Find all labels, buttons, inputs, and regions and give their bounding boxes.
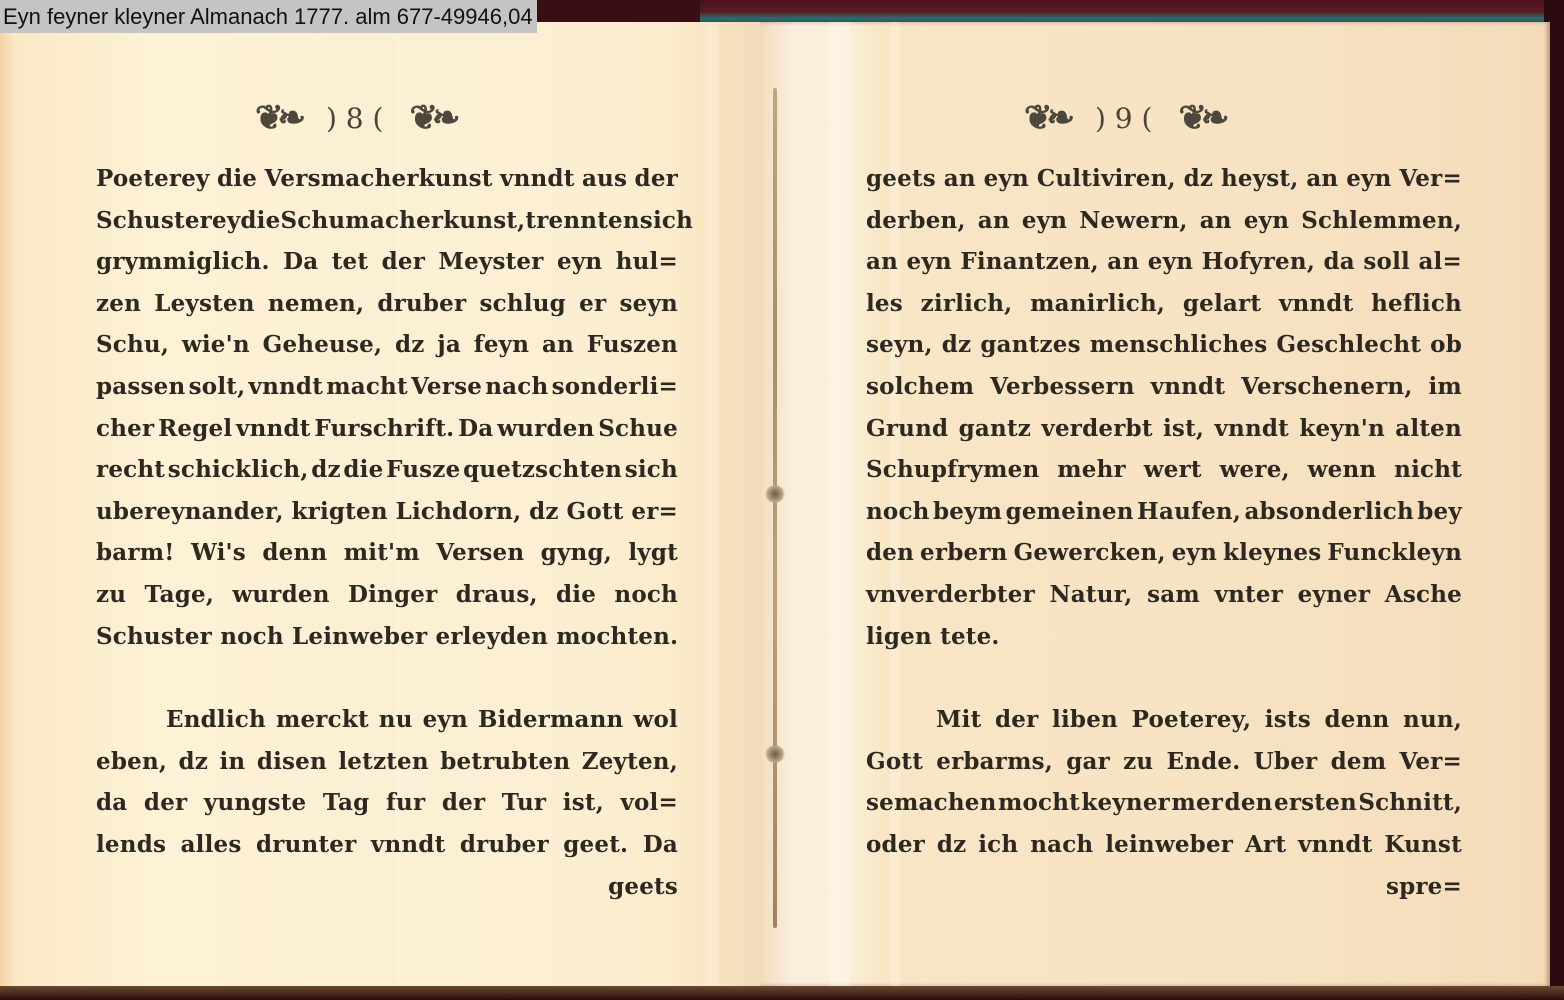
word: zirlich, — [921, 283, 1013, 325]
word: hul= — [616, 241, 678, 283]
word: mocht — [998, 782, 1080, 824]
word: Newern, — [1079, 200, 1187, 242]
word: heyst, — [1221, 158, 1299, 200]
word: wurden — [497, 408, 594, 450]
word: den — [866, 532, 914, 574]
word: were, — [1220, 449, 1290, 491]
word: Schue — [598, 408, 678, 450]
word: menschliches — [1090, 324, 1268, 366]
text-line: daderyungsteTagfurderTurist,vol= — [96, 782, 678, 824]
word: passen — [96, 366, 185, 408]
text-line: ligen tete. — [866, 616, 1462, 658]
word: kleynes — [1223, 532, 1321, 574]
word: alles — [181, 824, 242, 866]
word: geets — [866, 158, 936, 200]
word: oder — [866, 824, 925, 866]
word: beym — [933, 491, 1002, 533]
word: Endlich — [166, 699, 266, 741]
catchword: geets — [96, 866, 678, 908]
word: vnndt — [1298, 824, 1373, 866]
word: an — [542, 324, 574, 366]
word: Regel — [158, 408, 232, 450]
word: krigten — [292, 491, 388, 533]
word: liben — [1052, 699, 1118, 741]
page-number: ) 9 ( — [1095, 102, 1152, 135]
word: dz — [311, 449, 341, 491]
word: betrubten — [440, 741, 570, 783]
word: schlug — [480, 283, 566, 325]
word: druber — [460, 824, 549, 866]
word: an — [866, 241, 898, 283]
word: soll — [1363, 241, 1410, 283]
word: der — [635, 158, 678, 200]
word: feyn — [474, 324, 529, 366]
word: eyn — [1244, 200, 1289, 242]
text-line: cherRegelvnndtFurschrift.DawurdenSchue — [96, 408, 678, 450]
word: Uber — [1254, 741, 1318, 783]
word: yungste — [204, 782, 307, 824]
word: eyn — [984, 158, 1029, 200]
word: Schumacherkunst, — [280, 200, 525, 242]
word: verderbt — [1041, 408, 1152, 450]
word: an — [1306, 158, 1338, 200]
word: Finantzen, — [960, 241, 1098, 283]
word: sonderli= — [552, 366, 678, 408]
word: ich — [978, 824, 1018, 866]
text-line: zenLeystennemen,druberschlugerseyn — [96, 283, 678, 325]
word: vnndt — [371, 824, 446, 866]
word: denn — [262, 532, 327, 574]
word: al= — [1418, 241, 1462, 283]
word: ersten — [1274, 782, 1357, 824]
word: Dinger — [348, 574, 437, 616]
word: Haufen, — [1137, 491, 1241, 533]
ornament-fleuron-icon: ❦❧ — [1024, 98, 1069, 138]
word: solchem — [866, 366, 974, 408]
word: keyner — [1081, 782, 1170, 824]
word: vnndt — [1214, 408, 1289, 450]
word: erbarms, — [936, 741, 1053, 783]
text-line: PoetereydieVersmacherkunstvnndtausder — [96, 158, 678, 200]
word: zen — [96, 283, 141, 325]
word: eyn — [1346, 158, 1391, 200]
word: macht — [326, 366, 408, 408]
word: dem — [1331, 741, 1387, 783]
paper-stripe — [705, 22, 719, 986]
text-line: oderdzichnachleinweberArtvnndtKunst — [866, 824, 1462, 866]
word: druber — [377, 283, 466, 325]
word: Geheuse, — [263, 324, 383, 366]
word: ist, — [1163, 408, 1204, 450]
word: Kunst — [1384, 824, 1462, 866]
word: den — [1225, 782, 1273, 824]
word: schicklich, — [168, 449, 309, 491]
word: nach — [1030, 824, 1093, 866]
text-line: seyn,dzgantzesmenschlichesGeschlechtob — [866, 324, 1462, 366]
word: Schnitt, — [1358, 782, 1462, 824]
word: wenn — [1308, 449, 1377, 491]
page-header-right: ❦❧ ) 9 ( ❦❧ — [1024, 98, 1223, 138]
word: ja — [437, 324, 461, 366]
word: tet — [332, 241, 368, 283]
word: Verse — [411, 366, 482, 408]
book-cover-bottom-edge — [0, 986, 1564, 1000]
word: Lichdorn, — [396, 491, 522, 533]
left-page-text: PoetereydieVersmacherkunstvnndtausder Sc… — [96, 158, 678, 907]
word: noch — [866, 491, 930, 533]
word: eyn — [907, 241, 952, 283]
word: dz — [529, 491, 559, 533]
word: Zeyten, — [582, 741, 678, 783]
text-line: Schupfrymenmehrwertwere,wennnicht — [866, 449, 1462, 491]
word: Versmacherkunst — [265, 158, 493, 200]
word: dz — [395, 324, 425, 366]
word: ists — [1265, 699, 1311, 741]
word: er= — [631, 491, 678, 533]
word: Schupfrymen — [866, 449, 1039, 491]
left-page: ❦❧ ) 8 ( ❦❧ PoetereydieVersmacherkunstvn… — [0, 22, 760, 986]
word: drunter — [256, 824, 356, 866]
word: grymmiglich. — [96, 241, 270, 283]
word: Hofyren, — [1202, 241, 1315, 283]
word: eyn — [423, 699, 468, 741]
word: der — [144, 782, 187, 824]
word: vol= — [620, 782, 678, 824]
word: Schu, — [96, 324, 169, 366]
word: eyn — [1148, 241, 1193, 283]
word: Ver= — [1399, 741, 1462, 783]
word: wol — [633, 699, 677, 741]
catchword: spre= — [866, 866, 1462, 908]
word: zu — [96, 574, 126, 616]
word: Funckleyn — [1327, 532, 1462, 574]
word: gelart — [1183, 283, 1261, 325]
text-line: barm!Wi'sdennmit'mVersengyng,lygt — [96, 532, 678, 574]
word: Tage, — [145, 574, 215, 616]
word: an — [978, 200, 1010, 242]
word: dz — [179, 741, 209, 783]
word: les — [866, 283, 903, 325]
word: dz — [942, 324, 972, 366]
word: Natur, — [1050, 574, 1133, 616]
word: Verschenern, — [1241, 366, 1412, 408]
word: disen — [257, 741, 327, 783]
word: eyn — [1022, 200, 1067, 242]
word: trennten — [525, 200, 639, 242]
word: gar — [1066, 741, 1110, 783]
page-number: ) 8 ( — [326, 102, 383, 135]
word: Versen — [436, 532, 524, 574]
word: Poeterey, — [1132, 699, 1252, 741]
word: Ende. — [1166, 741, 1240, 783]
word: Gott — [866, 741, 923, 783]
binding-knot-icon — [765, 485, 785, 503]
word: da — [1324, 241, 1355, 283]
text-line: lendsallesdruntervnndtdrubergeet.Da — [96, 824, 678, 866]
word: recht — [96, 449, 165, 491]
word: vnndt — [1151, 366, 1226, 408]
text-line: ubereynander,krigtenLichdorn,dzGotter= — [96, 491, 678, 533]
text-line: leszirlich,manirlich,gelartvnndtheflich — [866, 283, 1462, 325]
text-line: solchemVerbessernvnndtVerschenern,im — [866, 366, 1462, 408]
word: eyner — [1298, 574, 1370, 616]
paper-stripe — [830, 22, 850, 986]
word: wie'n — [182, 324, 250, 366]
word: noch — [614, 574, 678, 616]
word: Tur — [502, 782, 546, 824]
word: Grund — [866, 408, 948, 450]
word: vnndt — [249, 366, 324, 408]
word: aus — [582, 158, 627, 200]
text-line: rechtschicklich,dzdieFuszequetzschtensic… — [96, 449, 678, 491]
word: vnndt — [236, 408, 311, 450]
word: Da — [458, 408, 493, 450]
word: nach — [485, 366, 548, 408]
word: Gott — [567, 491, 624, 533]
word: zu — [1123, 741, 1153, 783]
word: dz — [937, 824, 967, 866]
text-line: semachenmochtkeynermerdenerstenSchnitt, — [866, 782, 1462, 824]
word: Bidermann — [478, 699, 624, 741]
word: manirlich, — [1030, 283, 1165, 325]
word: ob — [1430, 324, 1462, 366]
text-line: Grundgantzverderbtist,vnndtkeyn'nalten — [866, 408, 1462, 450]
word: die — [240, 200, 280, 242]
word: er — [579, 283, 606, 325]
word: quetzschten — [463, 449, 622, 491]
word: Ver= — [1399, 158, 1462, 200]
word: nicht — [1394, 449, 1462, 491]
word: ist, — [563, 782, 604, 824]
word: Schlemmen, — [1301, 200, 1462, 242]
word: der — [442, 782, 485, 824]
word: nun, — [1403, 699, 1462, 741]
word: merckt — [276, 699, 369, 741]
word: Verbessern — [990, 366, 1135, 408]
word: denn — [1324, 699, 1389, 741]
text-line: denerbernGewercken,eynkleynesFunckleyn — [866, 532, 1462, 574]
ornament-fleuron-icon: ❦❧ — [409, 98, 454, 138]
word: Da — [283, 241, 318, 283]
word: letzten — [338, 741, 428, 783]
word: Cultiviren, — [1037, 158, 1176, 200]
word: vnverderbter — [866, 574, 1035, 616]
right-page: ❦❧ ) 9 ( ❦❧ geetsaneynCultiviren,dzheyst… — [760, 22, 1550, 986]
word: in — [220, 741, 246, 783]
word: an — [944, 158, 976, 200]
text-line: geetsaneynCultiviren,dzheyst,aneynVer= — [866, 158, 1462, 200]
binding-thread — [773, 88, 777, 928]
word: absonderlich — [1244, 491, 1413, 533]
text-line: zuTage,wurdenDingerdraus,dienoch — [96, 574, 678, 616]
word: gantzes — [980, 324, 1080, 366]
word: bey — [1417, 491, 1462, 533]
word: wert — [1144, 449, 1202, 491]
word: keyn'n — [1299, 408, 1385, 450]
text-line: grymmiglich.DatetderMeystereynhul= — [96, 241, 678, 283]
word: Meyster — [438, 241, 543, 283]
word: erbern — [920, 532, 1008, 574]
word: Asche — [1385, 574, 1462, 616]
ornament-fleuron-icon: ❦❧ — [1178, 98, 1223, 138]
word: Poeterey — [96, 158, 210, 200]
word: gemeinen — [1006, 491, 1134, 533]
word: alten — [1395, 408, 1462, 450]
text-line: EndlichmercktnueynBidermannwol — [96, 699, 678, 741]
word: heflich — [1371, 283, 1462, 325]
word: Tag — [323, 782, 370, 824]
word: derben, — [866, 200, 966, 242]
word: eben, — [96, 741, 167, 783]
word: solt, — [189, 366, 246, 408]
word: eyn — [557, 241, 602, 283]
word: die — [217, 158, 257, 200]
ornament-fleuron-icon: ❦❧ — [255, 98, 300, 138]
word: leinweber — [1105, 824, 1233, 866]
word: der — [995, 699, 1038, 741]
word: im — [1429, 366, 1462, 408]
word: sich — [640, 200, 693, 242]
word: die — [556, 574, 596, 616]
word: an — [1107, 241, 1139, 283]
word: lends — [96, 824, 166, 866]
word: cher — [96, 408, 154, 450]
text-line: nochbeymgemeinenHaufen,absonderlichbey — [866, 491, 1462, 533]
binding-knot-icon — [765, 745, 785, 763]
word: Furschrift. — [314, 408, 454, 450]
word: Da — [643, 824, 678, 866]
text-line: Schuster noch Leinweber erleyden mochten… — [96, 616, 678, 658]
word: seyn, — [866, 324, 933, 366]
text-line: MitderlibenPoeterey,istsdennnun, — [866, 699, 1462, 741]
word: geet. — [563, 824, 628, 866]
word: seyn — [619, 283, 677, 325]
text-line: derben,aneynNewern,aneynSchlemmen, — [866, 200, 1462, 242]
word: semachen — [866, 782, 997, 824]
word: sich — [625, 449, 678, 491]
word: die — [343, 449, 383, 491]
text-line: Gotterbarms,garzuEnde.UberdemVer= — [866, 741, 1462, 783]
word: Wi's — [191, 532, 246, 574]
word: lygt — [628, 532, 678, 574]
word: fur — [386, 782, 425, 824]
text-line: SchustereydieSchumacherkunst,trenntensic… — [96, 200, 678, 242]
word: mit'm — [344, 532, 420, 574]
word: nemen, — [268, 283, 364, 325]
text-line: vnverderbterNatur,samvntereynerAsche — [866, 574, 1462, 616]
word: Art — [1245, 824, 1286, 866]
text-line: aneynFinantzen,aneynHofyren,dasollal= — [866, 241, 1462, 283]
word: vnter — [1215, 574, 1283, 616]
word: Leysten — [154, 283, 255, 325]
page-header-left: ❦❧ ) 8 ( ❦❧ — [255, 98, 454, 138]
word: nu — [379, 699, 413, 741]
word: barm! — [96, 532, 175, 574]
word: sam — [1147, 574, 1200, 616]
right-page-text: geetsaneynCultiviren,dzheyst,aneynVer= d… — [866, 158, 1462, 907]
word: Fuszen — [587, 324, 678, 366]
word: gantz — [959, 408, 1031, 450]
word: ubereynander, — [96, 491, 284, 533]
word: mer — [1171, 782, 1223, 824]
word: mehr — [1057, 449, 1126, 491]
word: draus, — [456, 574, 538, 616]
word: vnndt — [500, 158, 575, 200]
word: wurden — [232, 574, 329, 616]
word: da — [96, 782, 127, 824]
word: vnndt — [1279, 283, 1354, 325]
text-line: passensolt,vnndtmachtVersenachsonderli= — [96, 366, 678, 408]
word: an — [1200, 200, 1232, 242]
word: eyn — [1172, 532, 1217, 574]
word: Geschlecht — [1276, 324, 1421, 366]
word: gyng, — [541, 532, 612, 574]
word: Fusze — [386, 449, 460, 491]
text-line: Schu,wie'nGeheuse,dzjafeynanFuszen — [96, 324, 678, 366]
word: der — [382, 241, 425, 283]
text-line: eben,dzindisenletztenbetrubtenZeyten, — [96, 741, 678, 783]
word: dz — [1184, 158, 1214, 200]
window-title: Eyn feyner kleyner Almanach 1777. alm 67… — [0, 0, 537, 33]
word: Mit — [936, 699, 981, 741]
word: Schusterey — [96, 200, 240, 242]
word: Gewercken, — [1014, 532, 1166, 574]
